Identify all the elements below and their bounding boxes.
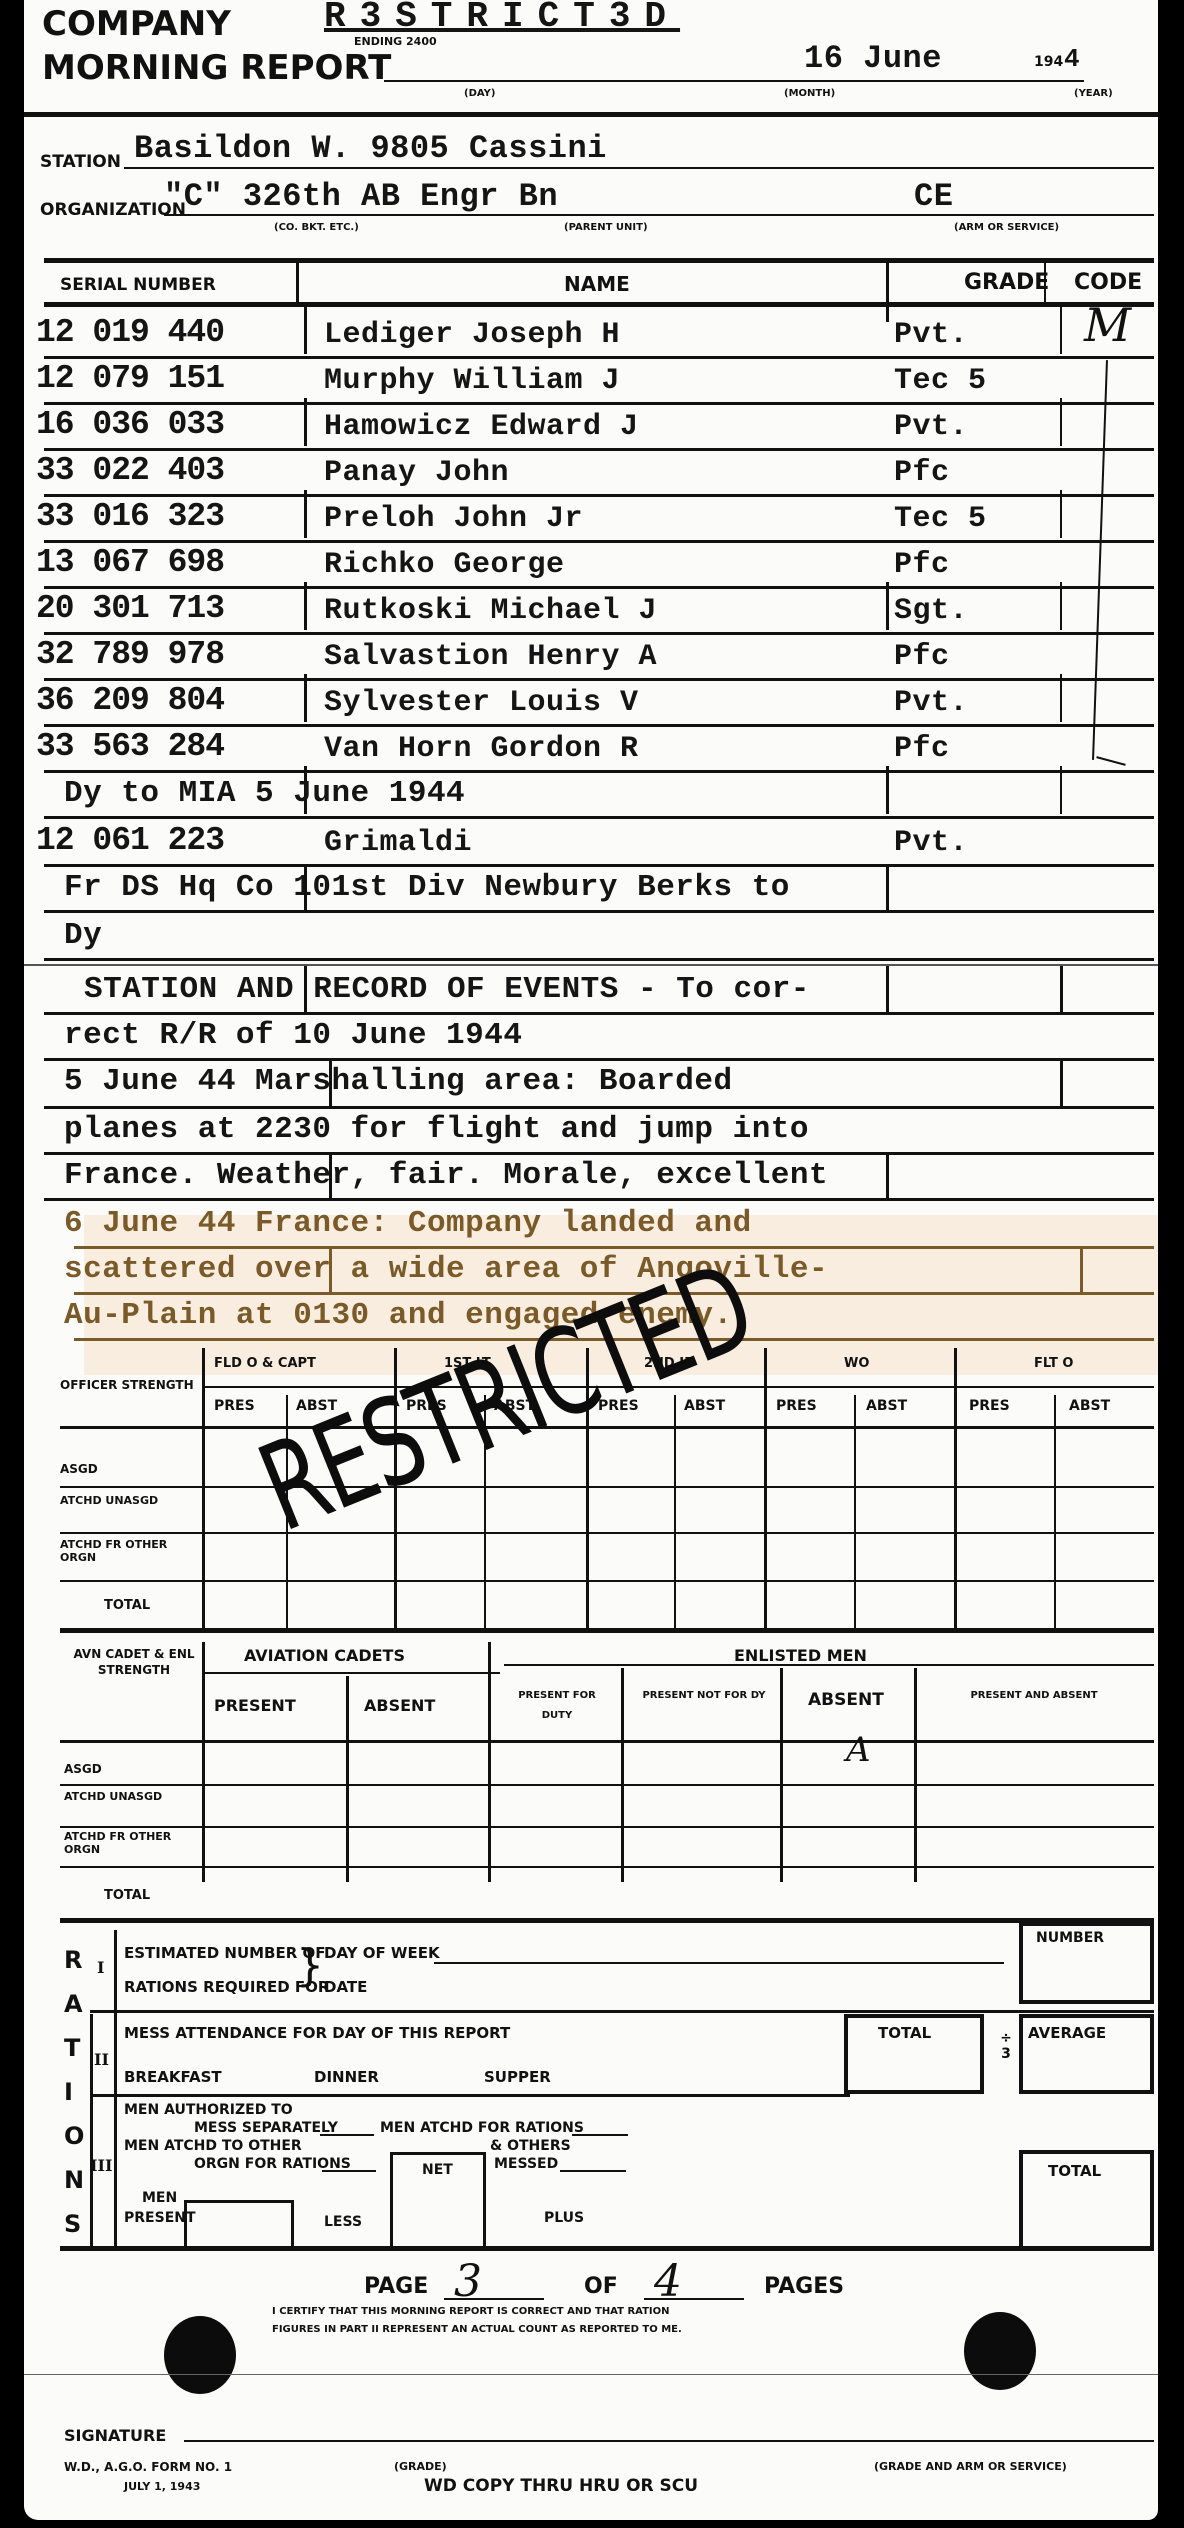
mess-separately-line	[320, 2134, 374, 2136]
rations-side-letter: A	[64, 1990, 83, 2018]
enlisted-group-rule	[204, 1672, 500, 1674]
men-atchd-rations-label-2: & OTHERS	[490, 2138, 571, 2154]
serial-number: 20 301 713	[36, 590, 224, 627]
day-of-week-label: DAY OF WEEK	[324, 1944, 440, 1962]
meal-dinner: DINNER	[314, 2068, 379, 2086]
punch-hole-left	[164, 2316, 236, 2394]
soldier-name: Lediger Joseph H	[324, 318, 620, 352]
less-label: LESS	[324, 2214, 362, 2230]
enlisted-col-absent: ABSENT	[364, 1696, 435, 1715]
roster-top-rule	[44, 258, 1154, 263]
mess-attendance-label: MESS ATTENDANCE FOR DAY OF THIS REPORT	[124, 2024, 510, 2042]
soldier-name: Van Horn Gordon R	[324, 732, 639, 766]
officer-subcol-divider	[674, 1395, 676, 1628]
serial-number: 36 209 804	[36, 682, 224, 719]
year-prefix: 194	[1034, 54, 1063, 70]
col-divider	[1060, 306, 1062, 354]
header-grade: GRADE	[964, 270, 1049, 295]
date-label: DATE	[324, 1978, 367, 1996]
enlisted-row-atchd-unasgd: ATCHD UNASGD	[64, 1790, 164, 1803]
enlisted-col-present-not-for-duty: PRESENT NOT FOR DY	[634, 1686, 774, 1706]
rations-section-rule	[90, 2010, 1154, 2013]
form-title-company: COMPANY	[42, 4, 231, 44]
row-rule	[44, 1058, 1154, 1061]
rations-side-letter: R	[64, 1946, 82, 1974]
morning-report-page: COMPANY MORNING REPORT R3STRICT3D ENDING…	[24, 0, 1158, 2520]
col-divider	[1060, 490, 1062, 538]
grade-arm-sublabel: (GRADE AND ARM OR SERVICE)	[874, 2460, 1067, 2473]
serial-number: 16 036 033	[36, 406, 224, 443]
officer-row-rule	[60, 1486, 1154, 1488]
rations-side-letter: I	[64, 2078, 73, 2106]
officer-col-divider	[954, 1348, 957, 1628]
rations-bottom-rule	[60, 2246, 1154, 2251]
enlisted-col-divider	[621, 1668, 624, 1882]
events-line: 5 June 44 Marshalling area: Boarded	[64, 1064, 733, 1099]
certification-line-2: FIGURES IN PART II REPRESENT AN ACTUAL C…	[272, 2324, 682, 2335]
events-heading: STATION AND RECORD OF EVENTS - To cor-	[84, 972, 810, 1007]
officer-col-divider	[202, 1348, 205, 1628]
men-present-label-1: MEN	[142, 2190, 177, 2206]
soldier-grade: Pvt.	[894, 318, 968, 352]
soldier-name: Panay John	[324, 456, 509, 490]
rations-side-letter: O	[64, 2122, 84, 2150]
officer-table-bottom-rule	[60, 1628, 1154, 1633]
row-rule	[44, 816, 1154, 819]
col-divider	[1060, 1060, 1063, 1106]
enlisted-table-bottom-rule	[60, 1918, 1154, 1923]
enlisted-col-absent-em: ABSENT	[808, 1690, 884, 1710]
soldier-grade: Tec 5	[894, 502, 987, 536]
col-divider	[304, 674, 307, 722]
enlisted-col-divider	[202, 1642, 205, 1882]
col-divider	[304, 582, 307, 630]
roster-row: 12 061 223 Grimaldi Pvt.	[24, 820, 1158, 866]
row-rule	[24, 964, 1158, 966]
soldier-grade: Pfc	[894, 640, 950, 674]
header-serial-number: SERIAL NUMBER	[60, 275, 216, 295]
enlisted-row-total: TOTAL	[104, 1888, 150, 1903]
enlisted-col-divider	[780, 1668, 783, 1882]
enlisted-col-divider	[488, 1642, 491, 1882]
soldier-grade: Pfc	[894, 456, 950, 490]
transfer-note: Fr DS Hq Co 101st Div Newbury Berks to	[64, 870, 790, 905]
roster-row: 33 022 403 Panay John Pfc	[24, 450, 1158, 496]
officer-subcol-divider	[1054, 1395, 1056, 1628]
organization-value: "C" 326th AB Engr Bn	[164, 178, 558, 215]
absent-mark: A	[846, 1730, 871, 1770]
officer-row-atchd-unasgd: ATCHD UNASGD	[60, 1494, 160, 1507]
roster-row: 16 036 033 Hamowicz Edward J Pvt.	[24, 404, 1158, 450]
col-divider	[1080, 1248, 1083, 1292]
enlisted-col-divider	[914, 1668, 917, 1882]
station-label: STATION	[40, 152, 121, 172]
section-numeral-ii: II	[94, 2050, 109, 2069]
row-rule	[44, 958, 1154, 961]
report-date: 16 June	[804, 40, 942, 77]
men-authorized-label-1: MEN AUTHORIZED TO	[124, 2102, 293, 2118]
roster-row: 32 789 978 Salvastion Henry A Pfc	[24, 634, 1158, 680]
status-line: Dy to MIA 5 June 1944	[64, 776, 465, 811]
serial-number: 33 022 403	[36, 452, 224, 489]
col-divider-grade	[1044, 262, 1046, 302]
rations-outer-divider	[90, 2014, 93, 2250]
parent-unit-sublabel: (PARENT UNIT)	[564, 222, 648, 233]
section-numeral-i: I	[97, 1958, 104, 1977]
pages-label: PAGES	[764, 2274, 844, 2299]
roster-row: 33 563 284 Van Horn Gordon R Pfc	[24, 726, 1158, 772]
rations-side-letter: N	[64, 2166, 84, 2194]
roster-row: 36 209 804 Sylvester Louis V Pvt.	[24, 680, 1158, 726]
station-value: Basildon W. 9805 Cassini	[134, 130, 607, 167]
punch-hole-right	[964, 2312, 1036, 2390]
transfer-note-continued: Dy	[64, 918, 102, 953]
page-label: PAGE	[364, 2274, 428, 2299]
soldier-name: Sylvester Louis V	[324, 686, 639, 720]
officer-subheader-pres: PRES	[776, 1398, 817, 1414]
events-line: France. Weather, fair. Morale, excellent	[64, 1158, 828, 1193]
enlisted-row-atchd-fr-other-orgn: ATCHD FR OTHER ORGN	[64, 1830, 174, 1856]
officer-subheader-pres: PRES	[969, 1398, 1010, 1414]
col-divider	[1060, 674, 1062, 722]
arm-service-sublabel: (ARM OR SERVICE)	[954, 222, 1059, 233]
men-atchd-rations-label-1: MEN ATCHD FOR RATIONS	[380, 2120, 584, 2136]
form-date: JULY 1, 1943	[124, 2480, 200, 2493]
day-of-week-line	[434, 1962, 1004, 1964]
meal-breakfast: BREAKFAST	[124, 2068, 222, 2086]
row-rule	[44, 864, 1154, 867]
arm-service-value: CE	[914, 178, 953, 215]
row-rule	[44, 910, 1154, 913]
row-rule	[44, 1106, 1154, 1109]
code-mark: M	[1084, 298, 1131, 352]
rations-section-rule	[90, 2094, 850, 2097]
enlisted-col-present: PRESENT	[214, 1696, 296, 1715]
soldier-grade: Sgt.	[894, 594, 968, 628]
perforation-line	[24, 2374, 1158, 2375]
soldier-name: Murphy William J	[324, 364, 620, 398]
messed-line	[560, 2170, 626, 2172]
page-number-line	[444, 2298, 544, 2300]
signature-line[interactable]	[184, 2440, 1154, 2442]
col-divider	[304, 398, 307, 446]
soldier-name: Rutkoski Michael J	[324, 594, 657, 628]
col-divider	[1060, 766, 1062, 814]
row-rule	[44, 770, 1154, 773]
col-divider	[304, 490, 307, 538]
serial-number: 12 019 440	[36, 314, 224, 351]
enlisted-group-rule	[504, 1664, 1154, 1666]
officer-subheader-pres: PRES	[214, 1398, 255, 1414]
serial-number: 32 789 978	[36, 636, 224, 673]
signature-label: SIGNATURE	[64, 2426, 166, 2445]
rations-side-letter: T	[64, 2034, 80, 2062]
soldier-grade: Tec 5	[894, 364, 987, 398]
col-divider	[886, 582, 889, 630]
soldier-name: Salvastion Henry A	[324, 640, 657, 674]
rations-side-letter: S	[64, 2210, 81, 2238]
roster-header-rule	[44, 302, 1154, 307]
brace-icon: }	[296, 1940, 324, 1991]
ending-label: ENDING 2400	[354, 36, 437, 48]
roster-row: 12 079 151 Murphy William J Tec 5	[24, 358, 1158, 404]
col-divider	[886, 866, 889, 912]
officer-row-asgd: ASGD	[60, 1462, 98, 1476]
divide-by-three: ÷ 3	[996, 2030, 1016, 2062]
enlisted-men-label: ENLISTED MEN	[734, 1646, 867, 1665]
year-sublabel: (YEAR)	[1074, 88, 1113, 99]
row-rule	[44, 1152, 1154, 1155]
soldier-name: Preloh John Jr	[324, 502, 583, 536]
enlisted-col-present-for-duty: PRESENT FOR DUTY	[502, 1686, 612, 1726]
col-divider	[304, 306, 307, 354]
net-box-label: NET	[422, 2162, 453, 2178]
soldier-grade: Pfc	[894, 548, 950, 582]
men-present-box[interactable]	[184, 2200, 294, 2250]
officer-group-flt-o: FLT O	[1034, 1356, 1073, 1371]
men-atchd-other-label-1: MEN ATCHD TO OTHER	[124, 2138, 302, 2154]
col-divider	[304, 866, 307, 912]
serial-number: 12 061 223	[36, 822, 224, 859]
average-box-label: AVERAGE	[1028, 2024, 1106, 2042]
men-authorized-label-2: MESS SEPARATELY	[194, 2120, 338, 2136]
header-code: CODE	[1074, 270, 1142, 295]
unit-sublabel: (CO. BKT. ETC.)	[274, 222, 359, 233]
atchd-other-line	[322, 2170, 376, 2172]
men-atchd-rations-line	[572, 2134, 628, 2136]
enlisted-row-rule	[60, 1866, 1154, 1868]
serial-number: 33 016 323	[36, 498, 224, 535]
officer-subcol-divider	[854, 1395, 856, 1628]
aviation-cadets-label: AVIATION CADETS	[244, 1646, 405, 1665]
men-atchd-rations-label-3: MESSED	[494, 2156, 558, 2172]
col-divider	[1060, 398, 1062, 446]
header-divider	[24, 112, 1158, 117]
col-divider	[886, 1154, 889, 1200]
wd-copy-label: WD COPY THRU HRU OR SCU	[424, 2476, 698, 2496]
rations-total-label: TOTAL	[1048, 2162, 1101, 2180]
form-number: W.D., A.G.O. FORM NO. 1	[64, 2460, 232, 2474]
col-divider	[1060, 966, 1063, 1012]
total-pages-line	[644, 2298, 744, 2300]
officer-subheader-abst: ABST	[1069, 1398, 1110, 1414]
officer-group-wo: WO	[844, 1356, 869, 1371]
soldier-grade: Pfc	[894, 732, 950, 766]
roster-row: 12 019 440 Lediger Joseph H Pvt.	[24, 312, 1158, 358]
organization-line	[164, 214, 1154, 216]
enlisted-row-rule	[60, 1784, 1154, 1786]
enlisted-strength-label: AVN CADET & ENL STRENGTH	[64, 1646, 204, 1678]
header-name: NAME	[564, 272, 630, 296]
station-line	[124, 167, 1154, 169]
soldier-grade: Pvt.	[894, 410, 968, 444]
col-divider	[886, 966, 889, 1012]
officer-col-divider	[764, 1348, 767, 1628]
number-box-label: NUMBER	[1036, 1930, 1104, 1946]
date-line	[384, 80, 1084, 82]
officer-row-total: TOTAL	[104, 1598, 150, 1613]
classification-typed: R3STRICT3D	[324, 0, 680, 37]
soldier-grade: Pvt.	[894, 826, 968, 860]
enlisted-col-divider	[346, 1676, 349, 1882]
soldier-name: Grimaldi	[324, 826, 472, 860]
report-year-digit: 4	[1064, 44, 1080, 74]
enlisted-row-rule	[60, 1826, 1154, 1828]
officer-row-rule	[60, 1580, 1154, 1582]
col-divider-serial	[296, 262, 299, 302]
plus-label: PLUS	[544, 2210, 584, 2226]
soldier-grade: Pvt.	[894, 686, 968, 720]
events-line: rect R/R of 10 June 1944	[64, 1018, 522, 1053]
roster-row: 20 301 713 Rutkoski Michael J Sgt.	[24, 588, 1158, 634]
serial-number: 12 079 151	[36, 360, 224, 397]
serial-number: 33 563 284	[36, 728, 224, 765]
officer-subheader-abst: ABST	[866, 1398, 907, 1414]
enlisted-col-present-and-absent: PRESENT AND ABSENT	[954, 1686, 1114, 1706]
officer-row-atchd-fr-other-orgn: ATCHD FR OTHER ORGN	[60, 1538, 170, 1564]
highlighted-events-line: 6 June 44 France: Company landed and	[64, 1206, 752, 1241]
soldier-name: Richko George	[324, 548, 565, 582]
officer-subheader-abst: ABST	[684, 1398, 725, 1414]
of-label: OF	[584, 2274, 618, 2299]
serial-number: 13 067 698	[36, 544, 224, 581]
col-divider	[1060, 582, 1062, 630]
row-rule	[74, 1246, 1154, 1249]
soldier-name: Hamowicz Edward J	[324, 410, 639, 444]
row-rule	[44, 1012, 1154, 1015]
events-line: planes at 2230 for flight and jump into	[64, 1112, 809, 1147]
officer-group-fld-capt: FLD O & CAPT	[214, 1356, 316, 1371]
grade-sublabel: (GRADE)	[394, 2460, 447, 2473]
roster-row: 33 016 323 Preloh John Jr Tec 5	[24, 496, 1158, 542]
month-sublabel: (MONTH)	[784, 88, 835, 99]
meal-supper: SUPPER	[484, 2068, 551, 2086]
enlisted-header-rule	[60, 1740, 1154, 1743]
day-sublabel: (DAY)	[464, 88, 495, 99]
officer-row-rule	[60, 1532, 1154, 1534]
roster-row: 13 067 698 Richko George Pfc	[24, 542, 1158, 588]
certification-line-1: I CERTIFY THAT THIS MORNING REPORT IS CO…	[272, 2306, 670, 2317]
row-rule	[44, 1198, 1154, 1201]
col-divider	[886, 766, 889, 814]
form-title-morning-report: MORNING REPORT	[42, 48, 391, 88]
enlisted-row-asgd: ASGD	[64, 1762, 102, 1776]
mess-total-label: TOTAL	[878, 2024, 931, 2042]
rations-inner-divider	[114, 1930, 117, 2250]
officer-strength-label: OFFICER STRENGTH	[60, 1378, 210, 1392]
section-numeral-iii: III	[90, 2156, 112, 2175]
